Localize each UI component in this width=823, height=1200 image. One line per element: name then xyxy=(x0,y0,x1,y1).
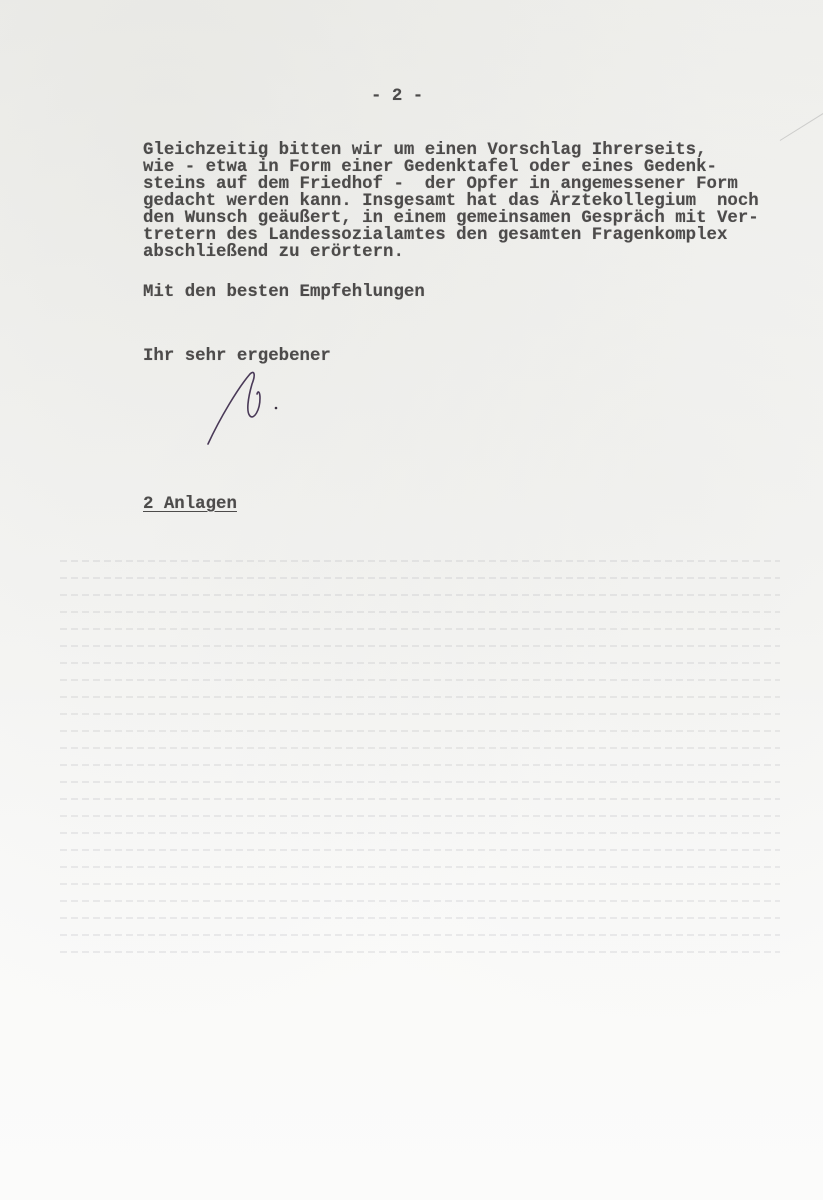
body-paragraph: Gleichzeitig bitten wir um einen Vorschl… xyxy=(143,142,759,261)
closing-line: Mit den besten Empfehlungen xyxy=(143,284,425,301)
enclosures-note: 2 Anlagen xyxy=(143,496,237,513)
handwritten-signature xyxy=(200,368,290,448)
salutation-line: Ihr sehr ergebener xyxy=(143,348,331,365)
body-line: abschließend zu erörtern. xyxy=(143,243,404,262)
page-number: - 2 - xyxy=(371,88,423,105)
